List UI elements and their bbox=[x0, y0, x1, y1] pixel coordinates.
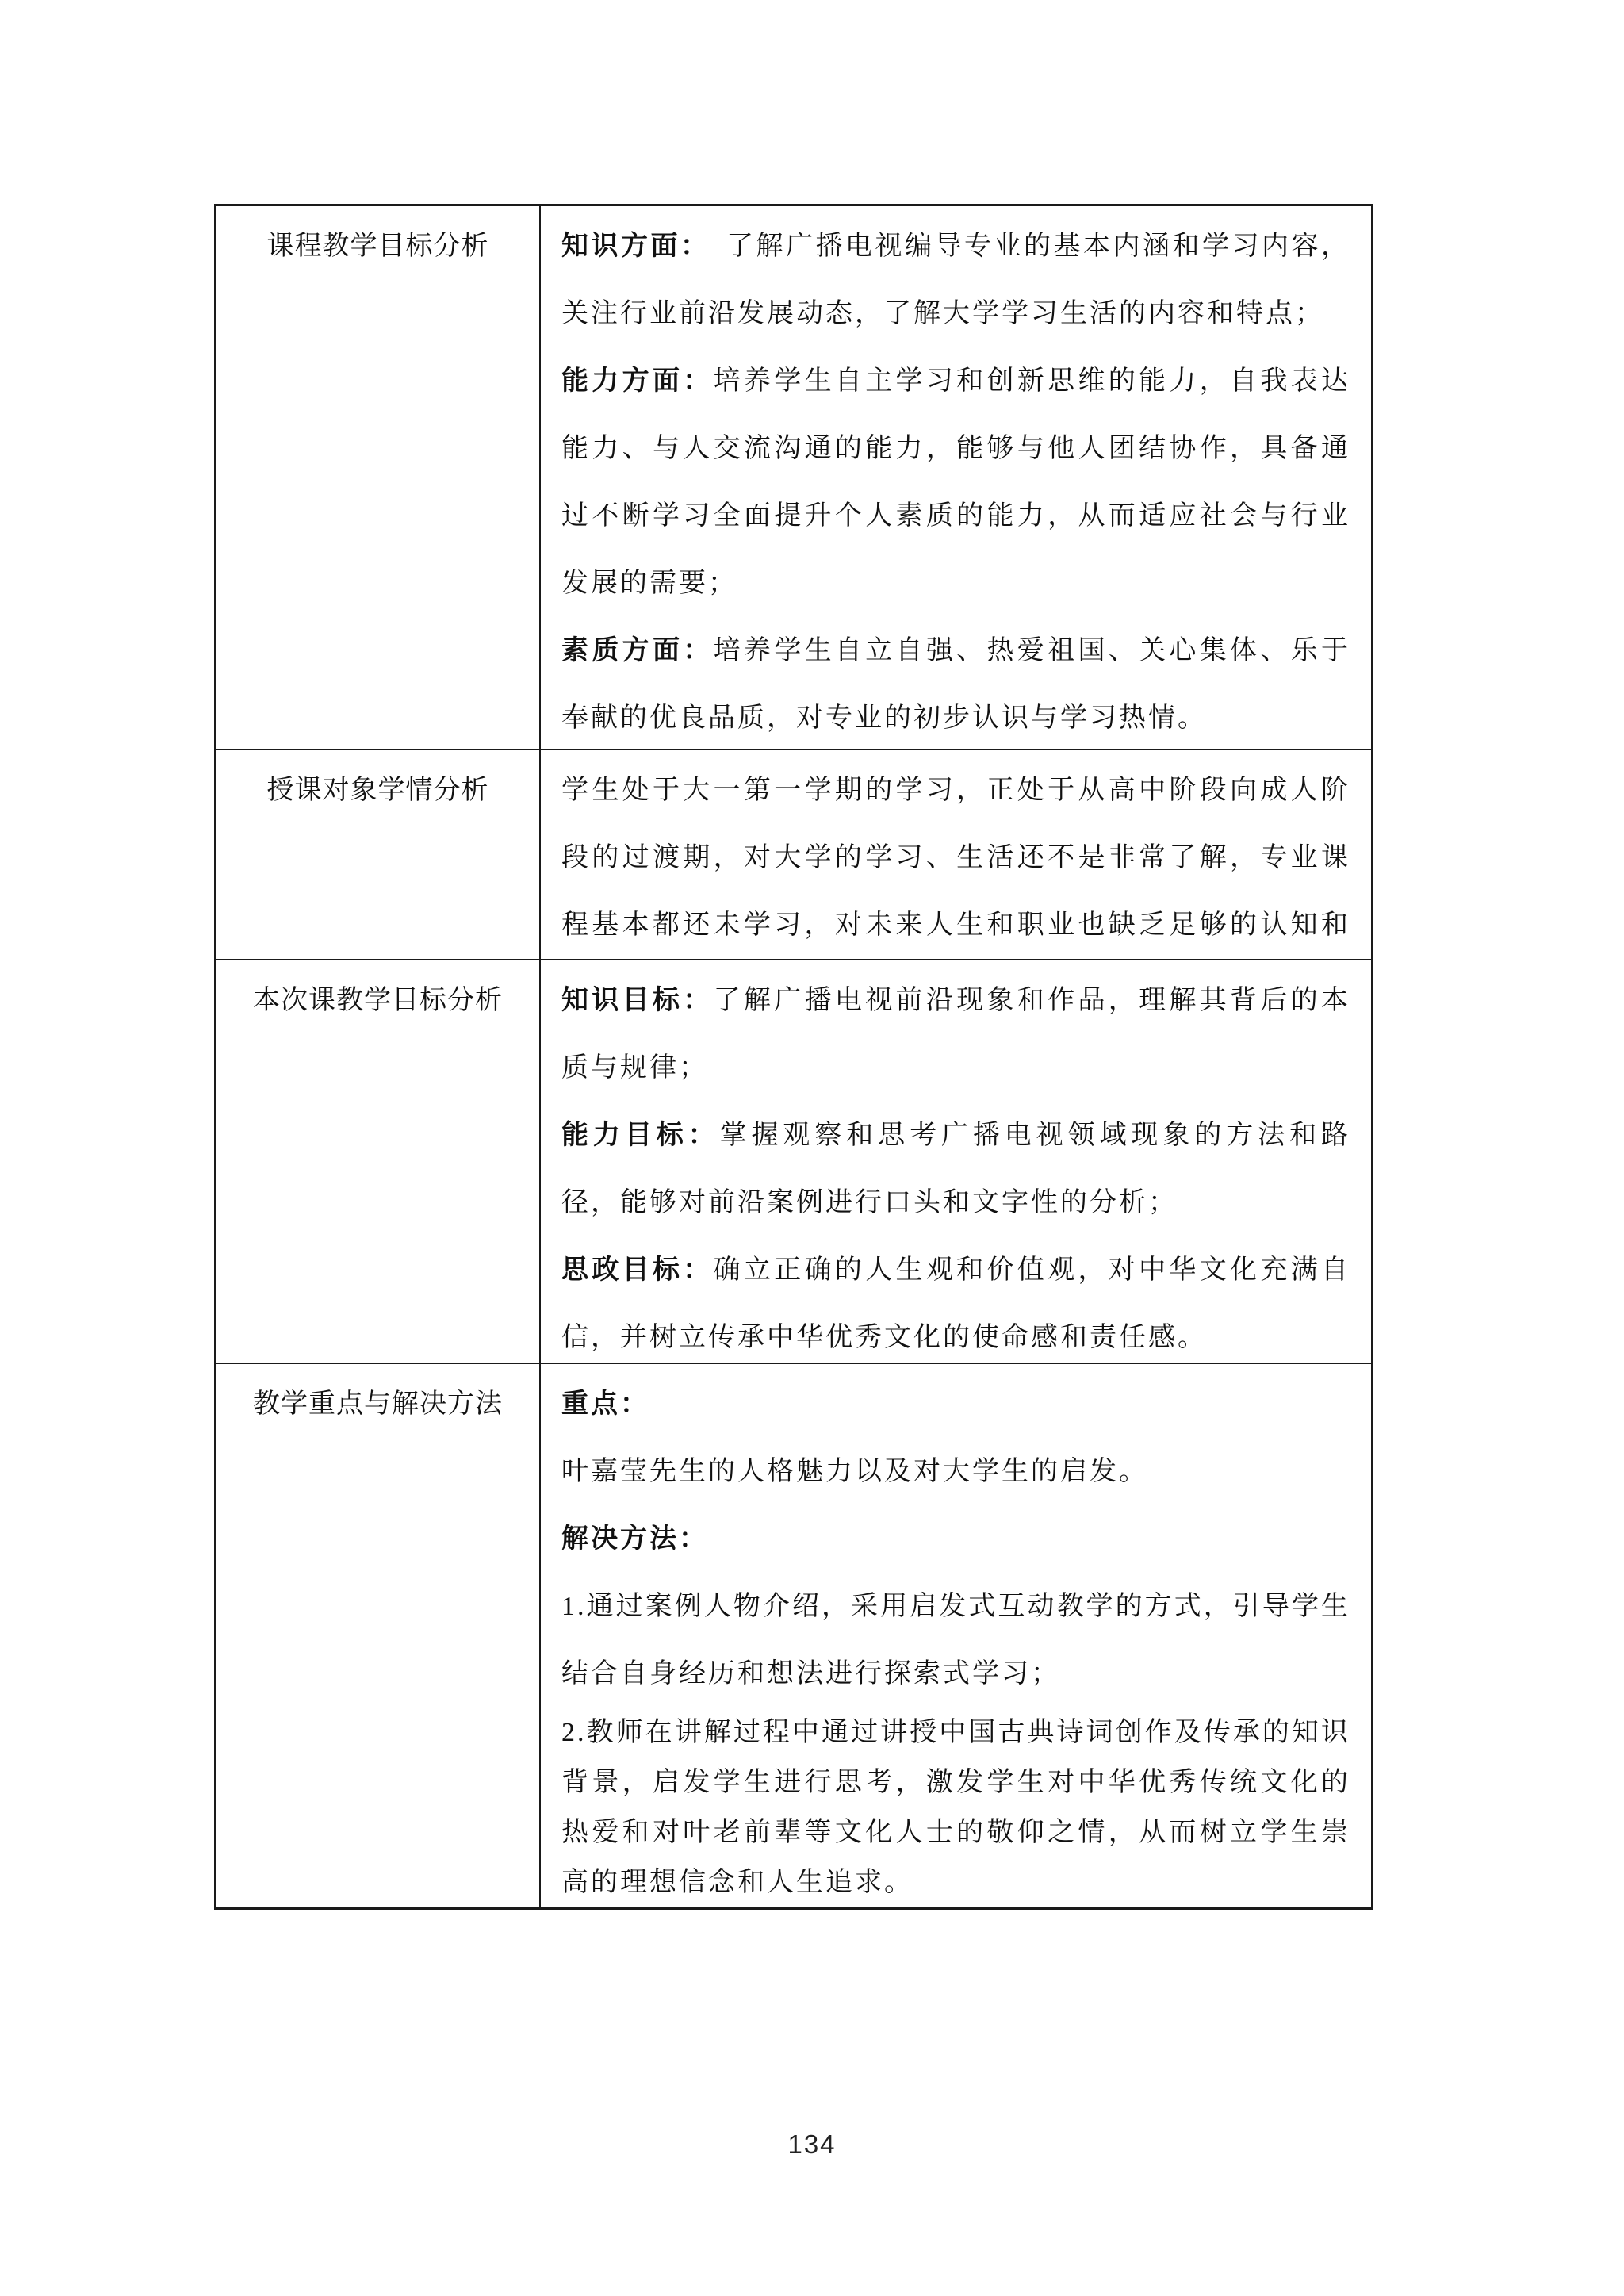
table-row-key-points-methods: 教学重点与解决方法 重点： 叶嘉莹先生的人格魅力以及对大学生的启发。 解决方法：… bbox=[216, 1363, 1371, 1907]
row-label: 本次课教学目标分析 bbox=[216, 960, 541, 1363]
paragraph-text: 学生处于大一第一学期的学习，正处于从高中阶段向成人阶段的过渡期，对大学的学习、生… bbox=[561, 776, 1350, 959]
row-content: 知识目标：了解广播电视前沿现象和作品，理解其背后的本质与规律； 能力目标：掌握观… bbox=[541, 960, 1371, 1363]
content-paragraph: 解决方法： bbox=[561, 1505, 1350, 1573]
table-row-course-goals: 课程教学目标分析 知识方面： 了解广播电视编导专业的基本内涵和学习内容，关注行业… bbox=[216, 206, 1371, 749]
content-paragraph: 1.通过案例人物介绍，采用启发式互动教学的方式，引导学生结合自身经历和想法进行探… bbox=[561, 1573, 1350, 1708]
paragraph-text: 2.教师在讲解过程中通过讲授中国古典诗词创作及传承的知识背景，启发学生进行思考，… bbox=[561, 1718, 1350, 1897]
content-paragraph: 素质方面：培养学生自立自强、热爱祖国、关心集体、乐于奉献的优良品质，对专业的初步… bbox=[561, 617, 1350, 749]
row-label: 教学重点与解决方法 bbox=[216, 1364, 541, 1907]
content-paragraph: 重点： bbox=[561, 1370, 1350, 1438]
paragraph-text: 培养学生自主学习和创新思维的能力，自我表达能力、与人交流沟通的能力，能够与他人团… bbox=[561, 366, 1350, 598]
row-content: 重点： 叶嘉莹先生的人格魅力以及对大学生的启发。 解决方法： 1.通过案例人物介… bbox=[541, 1364, 1371, 1907]
content-paragraph: 知识方面： 了解广播电视编导专业的基本内涵和学习内容，关注行业前沿发展动态，了解… bbox=[561, 213, 1350, 347]
content-paragraph: 2.教师在讲解过程中通过讲授中国古典诗词创作及传承的知识背景，启发学生进行思考，… bbox=[561, 1708, 1350, 1907]
table-row-learner-analysis: 授课对象学情分析 学生处于大一第一学期的学习，正处于从高中阶段向成人阶段的过渡期… bbox=[216, 749, 1371, 959]
paragraph-lead: 知识方面： bbox=[561, 232, 697, 261]
row-content: 知识方面： 了解广播电视编导专业的基本内涵和学习内容，关注行业前沿发展动态，了解… bbox=[541, 206, 1371, 749]
paragraph-lead: 知识目标： bbox=[561, 986, 714, 1015]
paragraph-lead: 思政目标： bbox=[561, 1255, 714, 1285]
content-paragraph: 思政目标：确立正确的人生观和价值观，对中华文化充满自信，并树立传承中华优秀文化的… bbox=[561, 1236, 1350, 1363]
paragraph-lead: 能力方面： bbox=[561, 366, 714, 396]
content-paragraph: 学生处于大一第一学期的学习，正处于从高中阶段向成人阶段的过渡期，对大学的学习、生… bbox=[561, 757, 1350, 959]
page-number: 134 bbox=[0, 2129, 1624, 2160]
content-paragraph: 能力方面：培养学生自主学习和创新思维的能力，自我表达能力、与人交流沟通的能力，能… bbox=[561, 347, 1350, 617]
row-label: 课程教学目标分析 bbox=[216, 206, 541, 749]
document-page: 课程教学目标分析 知识方面： 了解广播电视编导专业的基本内涵和学习内容，关注行业… bbox=[0, 0, 1624, 2296]
paragraph-text: 叶嘉莹先生的人格魅力以及对大学生的启发。 bbox=[561, 1457, 1148, 1486]
paragraph-lead: 素质方面： bbox=[561, 636, 714, 665]
content-paragraph: 叶嘉莹先生的人格魅力以及对大学生的启发。 bbox=[561, 1438, 1350, 1505]
row-label: 授课对象学情分析 bbox=[216, 750, 541, 959]
paragraph-text: 1.通过案例人物介绍，采用启发式互动教学的方式，引导学生结合自身经历和想法进行探… bbox=[561, 1592, 1350, 1688]
content-paragraph: 知识目标：了解广播电视前沿现象和作品，理解其背后的本质与规律； bbox=[561, 967, 1350, 1102]
paragraph-lead: 重点： bbox=[561, 1389, 649, 1419]
paragraph-lead: 解决方法： bbox=[561, 1524, 708, 1554]
lesson-plan-table: 课程教学目标分析 知识方面： 了解广播电视编导专业的基本内涵和学习内容，关注行业… bbox=[214, 204, 1373, 1910]
table-row-lesson-goals: 本次课教学目标分析 知识目标：了解广播电视前沿现象和作品，理解其背后的本质与规律… bbox=[216, 959, 1371, 1363]
row-content: 学生处于大一第一学期的学习，正处于从高中阶段向成人阶段的过渡期，对大学的学习、生… bbox=[541, 750, 1371, 959]
paragraph-lead: 能力目标： bbox=[561, 1121, 720, 1150]
content-paragraph: 能力目标：掌握观察和思考广播电视领域现象的方法和路径，能够对前沿案例进行口头和文… bbox=[561, 1102, 1350, 1236]
